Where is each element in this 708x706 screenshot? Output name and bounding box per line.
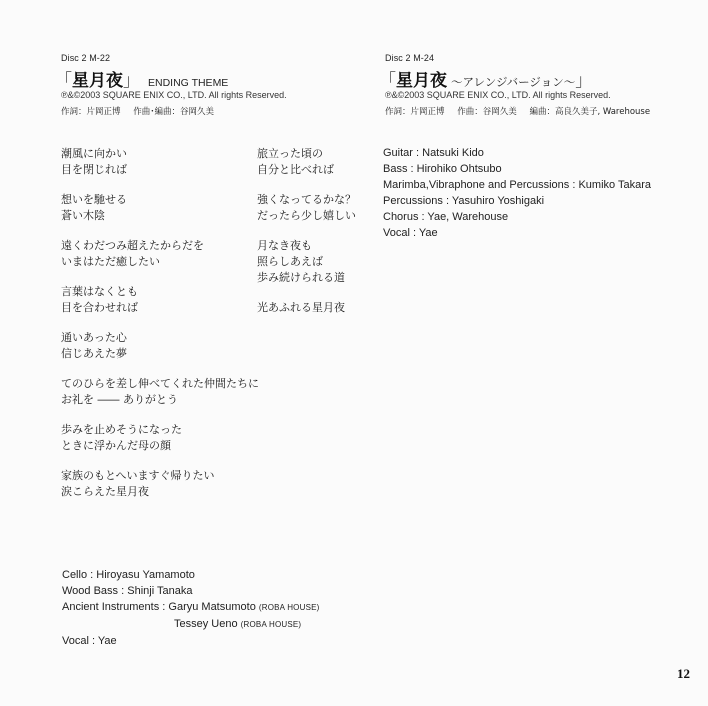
musician-credit: Vocal : Yae	[383, 225, 651, 241]
left-track-title: 「 星月夜 」 ENDING THEME	[55, 66, 228, 91]
lyric-stanza: 歩みを止めそうになった ときに浮かんだ母の顔	[61, 422, 259, 454]
lyric-line: てのひらを差し伸べてくれた仲間たちに	[61, 376, 259, 392]
musician-role: Vocal	[62, 635, 89, 647]
right-title-text: 星月夜	[396, 66, 447, 91]
musician-credit: Vocal : Yae	[62, 633, 320, 649]
musician-role: Cello	[62, 569, 87, 581]
separator: :	[89, 635, 98, 647]
right-title-open-bracket: 「	[379, 66, 396, 91]
lyric-line: ときに浮かんだ母の顔	[61, 438, 259, 454]
lyric-line: 月なき夜も	[257, 238, 356, 254]
lyric-line: 目を合わせれば	[61, 300, 259, 316]
lyrics-column-1: 潮風に向かい 目を閉じれば 想いを馳せる 蒼い木陰 遠くわだつみ超えたからだを …	[61, 146, 259, 514]
lyric-line: 信じあえた夢	[61, 346, 259, 362]
lyrics-column-2: 旅立った頃の 自分と比べれば 強くなってるかな？ だったら少し嬉しい 月なき夜も…	[257, 146, 356, 330]
right-musicians-credits: Guitar : Natsuki Kido Bass : Hirohiko Oh…	[383, 145, 651, 241]
musician-credit: Ancient Instruments : Garyu Matsumoto (R…	[62, 599, 320, 616]
musician-credit: Tessey Ueno (ROBA HOUSE)	[62, 616, 320, 633]
right-copyright: ℗&©2003 SQUARE ENIX CO., LTD. All rights…	[385, 90, 611, 100]
lyric-line: 目を閉じれば	[61, 162, 259, 178]
right-composer: 作曲：谷岡久美	[457, 107, 517, 117]
lyric-line: 通いあった心	[61, 330, 259, 346]
right-arranger: 編曲：高良久美子, Warehouse	[529, 107, 650, 117]
lyric-line: 歩み続けられる道	[257, 270, 356, 286]
left-disc-label: Disc 2 M-22	[61, 53, 110, 63]
lyric-stanza: 光あふれる星月夜	[257, 300, 356, 316]
left-copyright: ℗&©2003 SQUARE ENIX CO., LTD. All rights…	[61, 90, 287, 100]
lyric-line: だったら少し嬉しい	[257, 208, 356, 224]
musician-credit: Percussions : Yasuhiro Yoshigaki	[383, 193, 651, 209]
lyric-line: 旅立った頃の	[257, 146, 356, 162]
lyric-stanza: 潮風に向かい 目を閉じれば	[61, 146, 259, 178]
left-musicians-credits: Cello : Hiroyasu Yamamoto Wood Bass : Sh…	[62, 567, 320, 649]
separator: :	[87, 569, 96, 581]
page-number: 12	[677, 666, 690, 682]
musician-affiliation: (ROBA HOUSE)	[241, 620, 302, 629]
musician-role: Ancient Instruments	[62, 601, 159, 613]
separator: :	[159, 601, 168, 613]
musician-role: Wood Bass	[62, 585, 118, 597]
musician-name: Shinji Tanaka	[127, 585, 192, 597]
lyric-stanza: てのひらを差し伸べてくれた仲間たちに お礼を ―― ありがとう	[61, 376, 259, 408]
lyric-line: 遠くわだつみ超えたからだを	[61, 238, 259, 254]
right-credits: 作詞：片岡正博 作曲：谷岡久美 編曲：高良久美子, Warehouse	[385, 105, 660, 117]
musician-credit: Chorus : Yae, Warehouse	[383, 209, 651, 225]
left-title-text: 星月夜	[72, 66, 123, 91]
lyric-line: 歩みを止めそうになった	[61, 422, 259, 438]
lyric-stanza: 言葉はなくとも 目を合わせれば	[61, 284, 259, 316]
lyric-line: いまはただ癒したい	[61, 254, 259, 270]
musician-credit: Bass : Hirohiko Ohtsubo	[383, 161, 651, 177]
lyric-stanza: 強くなってるかな？ だったら少し嬉しい	[257, 192, 356, 224]
right-disc-label: Disc 2 M-24	[385, 53, 434, 63]
left-credits: 作詞：片岡正博 作曲･編曲：谷岡久美	[61, 105, 224, 117]
musician-credit: Cello : Hiroyasu Yamamoto	[62, 567, 320, 583]
lyric-line: 蒼い木陰	[61, 208, 259, 224]
lyric-stanza: 月なき夜も 照らしあえば 歩み続けられる道	[257, 238, 356, 286]
lyric-line: 想いを馳せる	[61, 192, 259, 208]
musician-credit: Marimba,Vibraphone and Percussions : Kum…	[383, 177, 651, 193]
left-title-close-bracket: 」	[123, 66, 140, 91]
right-title-subtitle: ～アレンジバージョン～	[451, 74, 575, 90]
musician-name: Tessey Ueno	[174, 618, 238, 630]
lyric-stanza: 旅立った頃の 自分と比べれば	[257, 146, 356, 178]
lyric-line: 家族のもとへいますぐ帰りたい	[61, 468, 259, 484]
lyric-line: お礼を ―― ありがとう	[61, 392, 259, 408]
musician-credit: Wood Bass : Shinji Tanaka	[62, 583, 320, 599]
right-track-title: 「 星月夜 ～アレンジバージョン～ 」	[379, 66, 592, 91]
lyric-line: 光あふれる星月夜	[257, 300, 356, 316]
lyric-line: 照らしあえば	[257, 254, 356, 270]
lyric-line: 自分と比べれば	[257, 162, 356, 178]
lyric-stanza: 通いあった心 信じあえた夢	[61, 330, 259, 362]
musician-name: Yae	[98, 635, 117, 647]
lyric-line: 涙こらえた星月夜	[61, 484, 259, 500]
lyric-stanza: 家族のもとへいますぐ帰りたい 涙こらえた星月夜	[61, 468, 259, 500]
left-title-open-bracket: 「	[55, 66, 72, 91]
left-composer: 作曲･編曲：谷岡久美	[133, 107, 214, 117]
musician-affiliation: (ROBA HOUSE)	[259, 603, 320, 612]
right-lyricist: 作詞：片岡正博	[385, 107, 445, 117]
lyric-stanza: 想いを馳せる 蒼い木陰	[61, 192, 259, 224]
lyric-line: 強くなってるかな？	[257, 192, 356, 208]
separator: :	[118, 585, 127, 597]
left-lyricist: 作詞：片岡正博	[61, 107, 121, 117]
musician-name: Garyu Matsumoto	[168, 601, 255, 613]
musician-credit: Guitar : Natsuki Kido	[383, 145, 651, 161]
lyric-stanza: 遠くわだつみ超えたからだを いまはただ癒したい	[61, 238, 259, 270]
right-title-close-bracket: 」	[575, 66, 592, 91]
musician-name: Hiroyasu Yamamoto	[96, 569, 195, 581]
lyric-line: 言葉はなくとも	[61, 284, 259, 300]
lyric-line: 潮風に向かい	[61, 146, 259, 162]
left-title-subtitle: ENDING THEME	[148, 77, 228, 89]
